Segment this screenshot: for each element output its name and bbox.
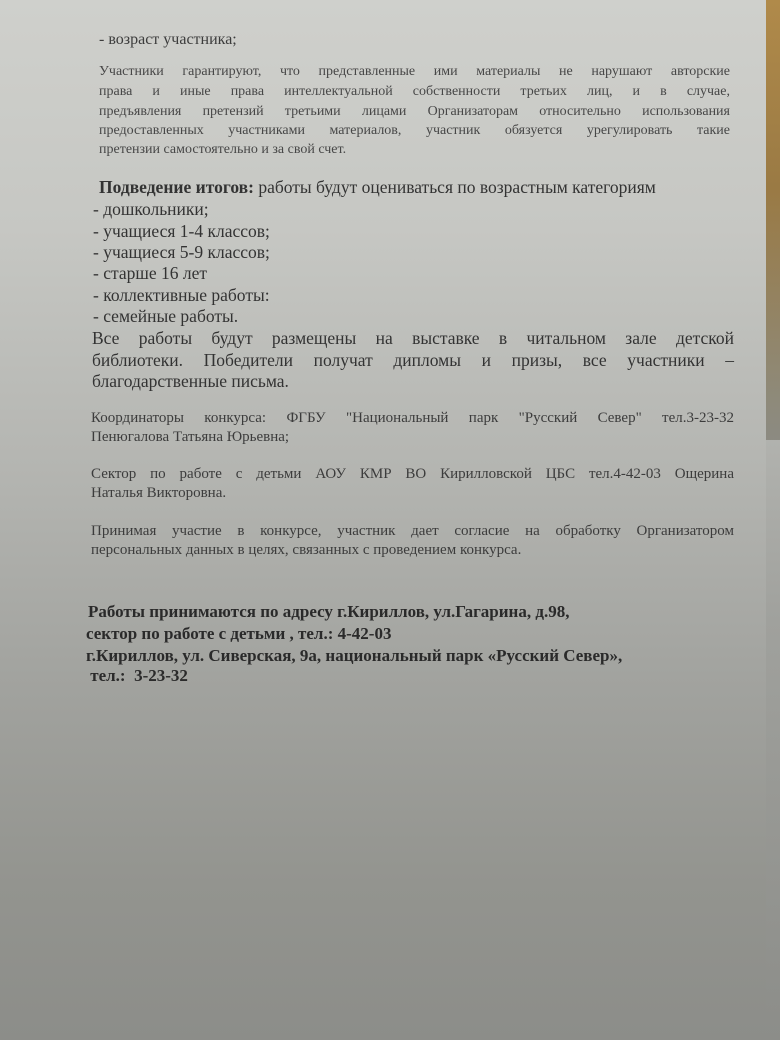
consent-line: Принимая участие в конкурсе, участник да… xyxy=(91,523,734,540)
results-heading-line: Подведение итогов: работы будут оцениват… xyxy=(99,177,656,198)
guarantee-line: предъявления претензий третьими лицами О… xyxy=(99,104,730,120)
guarantee-line: претензии самостоятельно и за свой счет. xyxy=(99,142,346,158)
consent-line: персональных данных в целях, связанных с… xyxy=(91,542,521,559)
results-intro: работы будут оцениваться по возрастным к… xyxy=(254,177,656,197)
sector-line: Наталья Викторовна. xyxy=(91,485,226,502)
category-item: - дошкольники; xyxy=(93,199,209,220)
address-line: г.Кириллов, ул. Сиверская, 9а, националь… xyxy=(86,646,622,666)
guarantee-line: предоставленных участниками материалов, … xyxy=(99,123,730,139)
guarantee-line: права и иные права интеллектуальной собс… xyxy=(99,84,730,100)
exhibition-line: библиотеки. Победители получат дипломы и… xyxy=(92,350,734,371)
coordinators-line: Координаторы конкурса: ФГБУ "Национальны… xyxy=(91,410,734,427)
address-line: тел.: 3-23-32 xyxy=(86,666,188,686)
exhibition-line: благодарственные письма. xyxy=(92,371,289,392)
sector-line: Сектор по работе с детьми АОУ КМР ВО Кир… xyxy=(91,466,734,483)
coordinators-line: Пенюгалова Татьяна Юрьевна; xyxy=(91,429,289,446)
results-heading: Подведение итогов: xyxy=(99,177,254,197)
category-item: - учащиеся 1-4 классов; xyxy=(93,221,270,242)
address-line: сектор по работе с детьми , тел.: 4-42-0… xyxy=(86,624,391,644)
document-body: - возраст участника; Участники гарантиру… xyxy=(0,0,780,1040)
exhibition-line: Все работы будут размещены на выставке в… xyxy=(92,328,734,349)
category-item: - учащиеся 5-9 классов; xyxy=(93,242,270,263)
category-item: - старше 16 лет xyxy=(93,263,207,284)
guarantee-line: Участники гарантируют, что представленны… xyxy=(99,64,730,80)
address-line: Работы принимаются по адресу г.Кириллов,… xyxy=(88,602,569,622)
category-item: - коллективные работы: xyxy=(93,285,270,306)
category-item: - семейные работы. xyxy=(93,306,238,327)
age-item: - возраст участника; xyxy=(99,31,237,49)
